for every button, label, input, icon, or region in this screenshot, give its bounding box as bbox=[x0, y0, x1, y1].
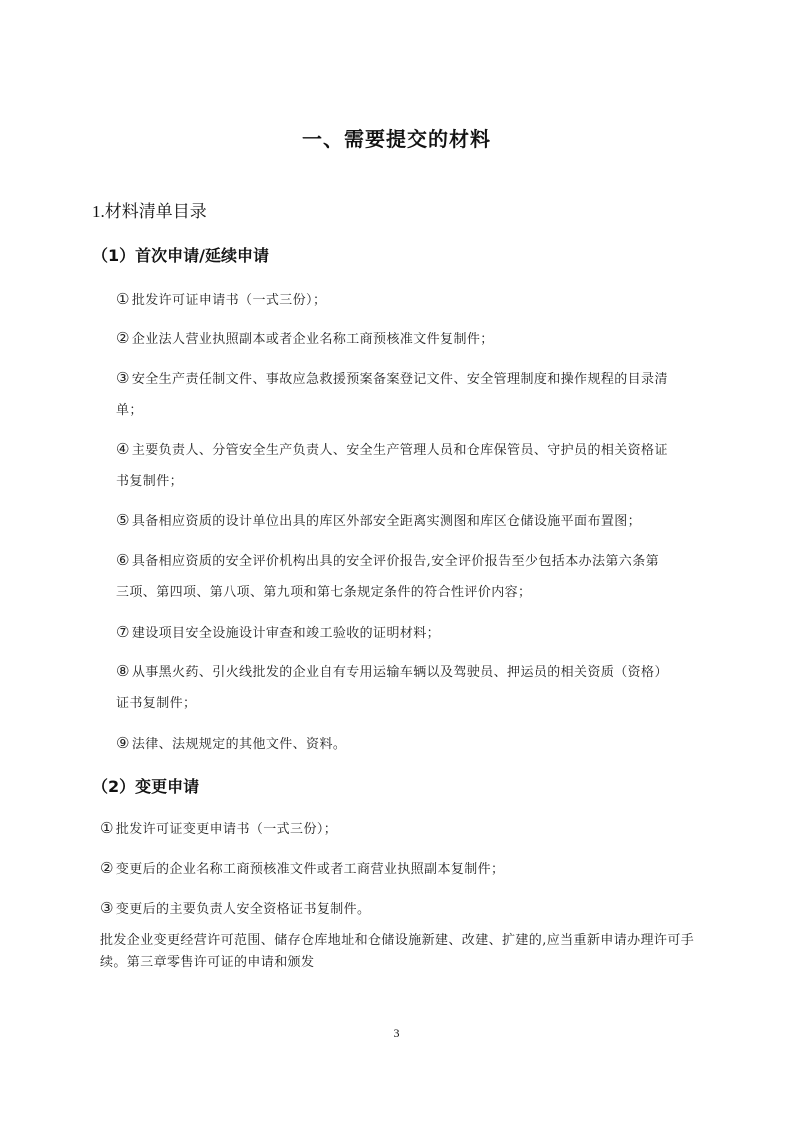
circled-number: ⑨ bbox=[116, 734, 130, 752]
list-item-continuation: 单； bbox=[116, 402, 706, 420]
circled-number: ③ bbox=[100, 899, 114, 917]
list-item: ⑥具备相应资质的安全评价机构出具的安全评价报告,安全评价报告至少包括本办法第六条… bbox=[116, 551, 706, 602]
list-item: ③安全生产责任制文件、事故应急救援预案备案登记文件、安全管理制度和操作规程的目录… bbox=[116, 369, 706, 420]
list-item-text: 建设项目安全设施设计审查和竣工验收的证明材料； bbox=[132, 626, 440, 641]
list-item: ④主要负责人、分管安全生产负责人、安全生产管理人员和仓库保管员、守护员的相关资格… bbox=[116, 440, 706, 491]
circled-number: ② bbox=[116, 329, 130, 347]
page-number: 3 bbox=[0, 1026, 793, 1041]
list-item: ①批发许可证申请书（一式三份）； bbox=[116, 290, 706, 310]
list-item: ⑨法律、法规规定的其他文件、资料。 bbox=[116, 734, 706, 754]
list-item-text: 批发许可证变更申请书（一式三份）； bbox=[116, 822, 337, 837]
list-item-text: 法律、法规规定的其他文件、资料。 bbox=[132, 737, 346, 752]
list-item: ⑤具备相应资质的设计单位出具的库区外部安全距离实测图和库区仓储设施平面布置图； bbox=[116, 511, 706, 531]
circled-number: ④ bbox=[116, 440, 130, 458]
circled-number: ② bbox=[100, 859, 114, 877]
circled-number: ① bbox=[116, 290, 130, 308]
list-item-text: 批发许可证申请书（一式三份）； bbox=[132, 293, 327, 308]
section-heading-text: 材料清单目录 bbox=[105, 202, 207, 222]
list-item-text: 具备相应资质的设计单位出具的库区外部安全距离实测图和库区仓储设施平面布置图； bbox=[132, 514, 641, 529]
list-item: ①批发许可证变更申请书（一式三份）； bbox=[100, 819, 700, 839]
section-heading: 1.材料清单目录 bbox=[92, 200, 207, 224]
circled-number: ⑤ bbox=[116, 511, 130, 529]
list-item-text: 企业法人营业执照副本或者企业名称工商预核准文件复制件； bbox=[132, 332, 494, 347]
subsection-heading-change-application: （2）变更申请 bbox=[92, 775, 199, 799]
list-item-continuation: 书复制件； bbox=[116, 473, 706, 491]
list-item: ②企业法人营业执照副本或者企业名称工商预核准文件复制件； bbox=[116, 329, 706, 349]
list-item-text: 安全生产责任制文件、事故应急救援预案备案登记文件、安全管理制度和操作规程的目录清 bbox=[132, 372, 668, 387]
circled-number: ① bbox=[100, 819, 114, 837]
page-title: 一、需要提交的材料 bbox=[0, 124, 793, 154]
list-item-text: 变更后的主要负责人安全资格证书复制件。 bbox=[116, 902, 371, 917]
list-item: ⑦建设项目安全设施设计审查和竣工验收的证明材料； bbox=[116, 623, 706, 643]
list-item: ⑧从事黑火药、引火线批发的企业自有专用运输车辆以及驾驶员、押运员的相关资质（资格… bbox=[116, 662, 706, 713]
list-item-continuation: 证书复制件； bbox=[116, 695, 706, 713]
circled-number: ⑦ bbox=[116, 623, 130, 641]
section-number: 1. bbox=[92, 202, 105, 221]
circled-number: ③ bbox=[116, 369, 130, 387]
list-item-continuation: 三项、第四项、第八项、第九项和第七条规定条件的符合性评价内容； bbox=[116, 584, 706, 602]
list-item-text: 从事黑火药、引火线批发的企业自有专用运输车辆以及驾驶员、押运员的相关资质（资格） bbox=[132, 665, 668, 680]
circled-number: ⑧ bbox=[116, 662, 130, 680]
list-item-text: 变更后的企业名称工商预核准文件或者工商营业执照副本复制件； bbox=[116, 862, 505, 877]
list-item-text: 具备相应资质的安全评价机构出具的安全评价报告,安全评价报告至少包括本办法第六条第 bbox=[132, 554, 659, 569]
subsection-heading-first-application: （1）首次申请/延续申请 bbox=[92, 244, 269, 268]
list-item: ②变更后的企业名称工商预核准文件或者工商营业执照副本复制件； bbox=[100, 859, 700, 879]
list-item-text: 主要负责人、分管安全生产负责人、安全生产管理人员和仓库保管员、守护员的相关资格证 bbox=[132, 443, 668, 458]
circled-number: ⑥ bbox=[116, 551, 130, 569]
list-item: ③变更后的主要负责人安全资格证书复制件。 bbox=[100, 899, 700, 919]
closing-paragraph: 批发企业变更经营许可范围、储存仓库地址和仓储设施新建、改建、扩建的,应当重新申请… bbox=[100, 930, 710, 974]
